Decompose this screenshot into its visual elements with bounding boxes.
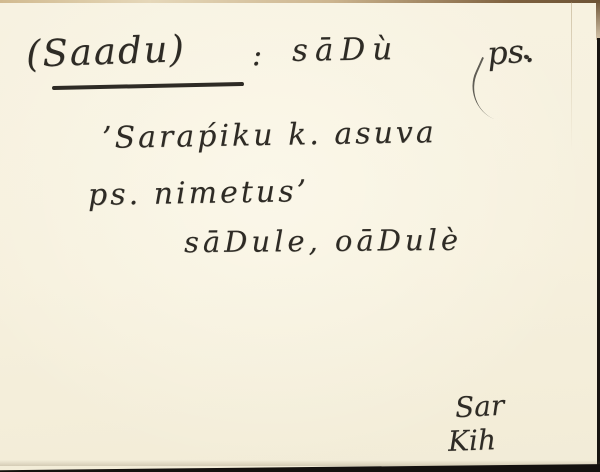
card-edge-line	[571, 2, 572, 152]
entry-phonetic-form: sāDù	[292, 31, 400, 69]
parish-abbreviation: Kih	[447, 423, 496, 458]
dialect-forms-line: sāDule, oāDulè	[184, 223, 462, 259]
headword-underline	[52, 82, 244, 90]
index-card: (Saadu) : sāDù ps. ’Saraṕiku k. asuva ps…	[0, 0, 600, 472]
quote-line-2: ps. nimetus’	[88, 174, 310, 213]
scan-top-edge	[0, 0, 600, 3]
scan-right-edge-top	[596, 0, 600, 40]
entry-headword: (Saadu)	[25, 27, 186, 76]
entry-colon: :	[252, 38, 262, 73]
quote-line-1: ’Saraṕiku k. asuva	[102, 115, 437, 156]
region-abbreviation: Sar	[454, 389, 505, 425]
